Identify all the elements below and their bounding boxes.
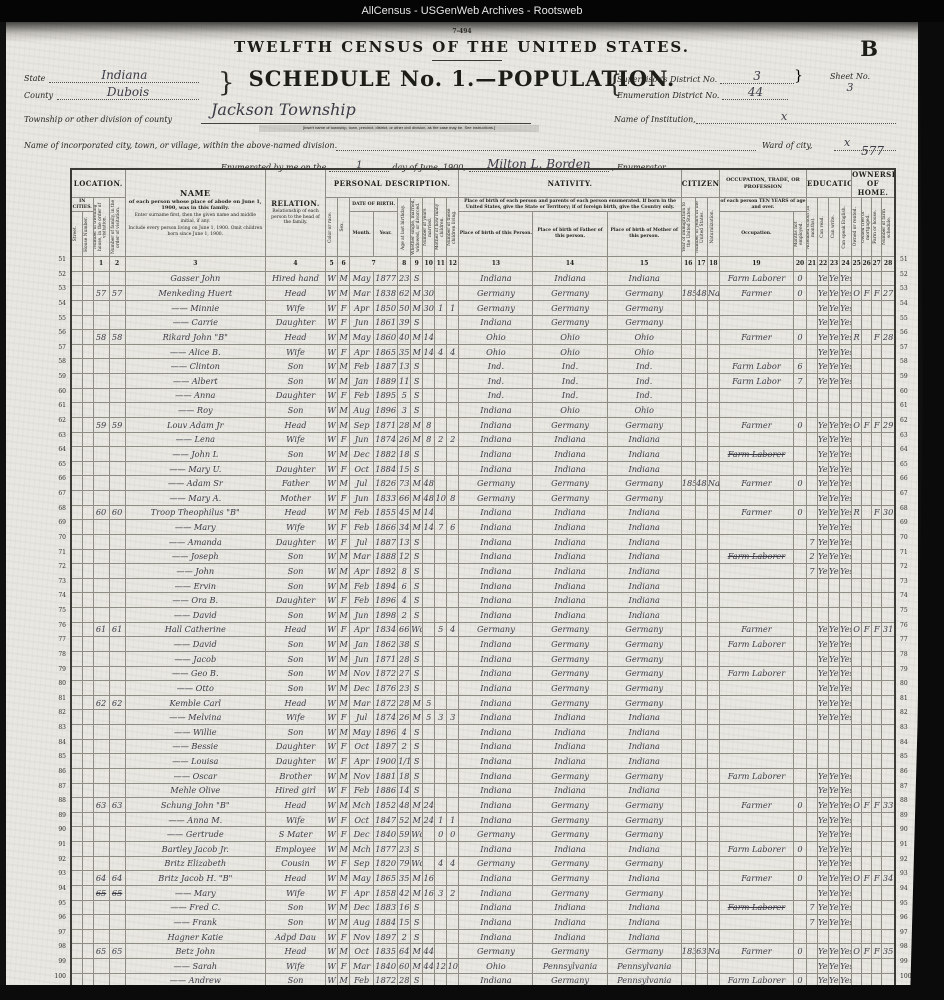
cell: Yes	[818, 783, 829, 798]
col-header-naturalization: Naturalization.	[707, 198, 719, 257]
col-num: 2	[109, 257, 125, 272]
col-num: 22	[818, 257, 829, 272]
cell	[818, 403, 829, 418]
cell: Kemble Carl	[125, 695, 265, 710]
table-row: Mehle OliveHired girlWFFeb188614SIndiana…	[71, 783, 895, 798]
cell	[447, 637, 459, 652]
cell	[681, 768, 695, 783]
line-number: 82	[52, 706, 66, 721]
cell: —— Anna M.	[125, 812, 265, 827]
cell	[719, 564, 793, 579]
cell	[447, 768, 459, 783]
cell	[681, 564, 695, 579]
cell: M	[411, 300, 423, 315]
cell: 2	[398, 929, 411, 944]
cell: Indiana	[459, 929, 533, 944]
cell	[707, 798, 719, 813]
cell	[71, 271, 82, 286]
col-header-children-living: Number of these children living.	[447, 198, 459, 257]
cell	[862, 476, 872, 491]
cell: Brother	[265, 768, 325, 783]
cell	[862, 447, 872, 462]
cell	[719, 681, 793, 696]
cell: Na	[707, 944, 719, 959]
cell: M	[411, 812, 423, 827]
cell	[93, 593, 109, 608]
cell: Ind.	[607, 359, 681, 374]
cell	[862, 403, 872, 418]
cell: Feb	[350, 578, 374, 593]
cell: W	[326, 564, 338, 579]
cell: Germany	[533, 944, 607, 959]
col-header-citizenship: CITIZENSHIP.	[681, 169, 719, 198]
cell	[719, 915, 793, 930]
cell: Son	[265, 666, 325, 681]
relation-sub: Relationship of each person to the head …	[266, 208, 325, 227]
cell: Apr	[350, 754, 374, 769]
cell: Indiana	[459, 637, 533, 652]
cell: 1847	[374, 812, 398, 827]
cell	[719, 403, 793, 418]
cell: 1866	[374, 520, 398, 535]
cell: Yes	[840, 374, 852, 389]
cell	[82, 359, 93, 374]
line-number: 100	[52, 970, 66, 985]
cell	[681, 754, 695, 769]
cell: Indiana	[607, 534, 681, 549]
cell: 7	[807, 915, 818, 930]
cell: Yes	[829, 842, 840, 857]
cell	[93, 739, 109, 754]
cell	[681, 578, 695, 593]
cell: 1883	[374, 900, 398, 915]
cell	[707, 608, 719, 623]
cell: Yes	[829, 417, 840, 432]
cell	[707, 695, 719, 710]
cell: 65	[109, 944, 125, 959]
cell	[82, 856, 93, 871]
cell: Yes	[818, 447, 829, 462]
line-number: 59	[52, 370, 66, 385]
cell	[695, 959, 707, 974]
cell: M	[411, 432, 423, 447]
township-label: Township or other division of county	[24, 115, 172, 124]
cell	[423, 374, 435, 389]
cell	[71, 959, 82, 974]
col-num: 14	[533, 257, 607, 272]
cell: 10	[435, 491, 447, 506]
cell: Indiana	[607, 871, 681, 886]
cell: Yes	[818, 637, 829, 652]
cell	[681, 491, 695, 506]
cell: 38	[398, 637, 411, 652]
cell: 28	[398, 651, 411, 666]
cell: Ohio	[459, 330, 533, 345]
cell: 1820	[374, 856, 398, 871]
cell	[82, 578, 93, 593]
cell	[807, 593, 818, 608]
cell: O	[852, 286, 862, 301]
cell: W	[326, 403, 338, 418]
cell: Yes	[818, 812, 829, 827]
cell: Yes	[818, 520, 829, 535]
cell: Son	[265, 403, 325, 418]
county-value: Dubois	[57, 85, 199, 100]
cell	[82, 915, 93, 930]
cell: W	[326, 856, 338, 871]
table-row: —— Fred C.SonWMDec188316SIndianaIndianaI…	[71, 900, 895, 915]
cell: 4	[435, 856, 447, 871]
line-number: 54	[52, 297, 66, 312]
cell: Head	[265, 286, 325, 301]
cell	[82, 564, 93, 579]
cell: Yes	[840, 622, 852, 637]
cell: W	[326, 374, 338, 389]
col-num: 6	[338, 257, 350, 272]
cell: 30	[423, 286, 435, 301]
cell: 40	[398, 330, 411, 345]
cell: 0	[794, 286, 807, 301]
cell	[882, 812, 895, 827]
cell	[882, 695, 895, 710]
cell: 1892	[374, 564, 398, 579]
cell: M	[338, 359, 350, 374]
cell: Yes	[840, 651, 852, 666]
cell	[82, 417, 93, 432]
cell	[82, 768, 93, 783]
table-row: —— SarahWifeWFMar184060M441210OhioPennsy…	[71, 959, 895, 974]
cell: 14	[423, 505, 435, 520]
cell: Yes	[829, 695, 840, 710]
cell: Germany	[533, 827, 607, 842]
cell	[109, 666, 125, 681]
cell	[794, 520, 807, 535]
cell: Indiana	[459, 593, 533, 608]
cell: Indiana	[533, 447, 607, 462]
cell: W	[326, 695, 338, 710]
cell: Son	[265, 900, 325, 915]
cell	[695, 929, 707, 944]
cell	[82, 447, 93, 462]
cell	[681, 622, 695, 637]
cell	[707, 739, 719, 754]
cell	[862, 637, 872, 652]
cell	[882, 432, 895, 447]
cell	[82, 725, 93, 740]
cell	[681, 417, 695, 432]
cell	[82, 330, 93, 345]
col-num: 13	[459, 257, 533, 272]
line-number: 86	[52, 765, 66, 780]
cell	[882, 593, 895, 608]
cell	[882, 856, 895, 871]
cell: Germany	[459, 491, 533, 506]
cell: Son	[265, 374, 325, 389]
cell	[447, 783, 459, 798]
cell: Father	[265, 476, 325, 491]
cell	[707, 827, 719, 842]
cell	[695, 505, 707, 520]
cell	[71, 944, 82, 959]
cell: Oct	[350, 812, 374, 827]
cell	[862, 710, 872, 725]
line-number: 86	[900, 765, 914, 780]
cell: S	[411, 754, 423, 769]
cell	[93, 768, 109, 783]
cell	[681, 374, 695, 389]
cell: 35	[398, 344, 411, 359]
cell	[794, 768, 807, 783]
cell	[423, 725, 435, 740]
cell: Yes	[840, 637, 852, 652]
cell: Indiana	[533, 842, 607, 857]
cell: M	[411, 476, 423, 491]
cell: S	[411, 549, 423, 564]
cell: Farmer	[719, 330, 793, 345]
cell	[93, 856, 109, 871]
cell	[882, 783, 895, 798]
line-number: 62	[900, 414, 914, 429]
cell: Germany	[533, 476, 607, 491]
cell: 64	[109, 871, 125, 886]
cell: Yes	[840, 564, 852, 579]
cell: Yes	[818, 710, 829, 725]
cell: Indiana	[533, 900, 607, 915]
cell: Indiana	[459, 710, 533, 725]
cell: W	[326, 812, 338, 827]
name-title: NAME	[126, 188, 265, 198]
cell: 8	[447, 491, 459, 506]
cell	[882, 476, 895, 491]
cell	[872, 681, 882, 696]
cell: F	[872, 286, 882, 301]
cell: Betz John	[125, 944, 265, 959]
cell: S	[411, 725, 423, 740]
cell	[109, 403, 125, 418]
cell	[109, 783, 125, 798]
cell	[109, 842, 125, 857]
cell: —— Ervin	[125, 578, 265, 593]
cell: Feb	[350, 505, 374, 520]
cell	[93, 461, 109, 476]
cell	[882, 900, 895, 915]
cell	[71, 871, 82, 886]
table-row: —— ErvinSonWMFeb18946SIndianaIndianaIndi…	[71, 578, 895, 593]
cell: Indiana	[459, 417, 533, 432]
cell: Indiana	[533, 505, 607, 520]
cell	[82, 812, 93, 827]
cell	[707, 403, 719, 418]
cell	[852, 593, 862, 608]
cell: Indiana	[607, 432, 681, 447]
cell	[423, 856, 435, 871]
cell: Ohio	[459, 344, 533, 359]
cell: W	[326, 549, 338, 564]
cell	[794, 403, 807, 418]
cell: 48	[398, 798, 411, 813]
table-row: —— MaryWifeWFFeb186634M1476IndianaIndian…	[71, 520, 895, 535]
cell: 61	[109, 622, 125, 637]
cell: —— Sarah	[125, 959, 265, 974]
cell: Germany	[533, 856, 607, 871]
cell: Farmer	[719, 622, 793, 637]
cell	[435, 798, 447, 813]
col-num: 15	[607, 257, 681, 272]
cell: Germany	[607, 666, 681, 681]
cell: M	[338, 403, 350, 418]
table-row: 6363Schung John "B"HeadWMMch185248M24Ind…	[71, 798, 895, 813]
col-header-sex: Sex.	[338, 198, 350, 257]
col-header-house-number: House Number.	[82, 212, 93, 257]
cell: Indiana	[459, 915, 533, 930]
cell: Louv Adam Jr	[125, 417, 265, 432]
cell	[852, 842, 862, 857]
cell: 1865	[374, 344, 398, 359]
cell: 1872	[374, 666, 398, 681]
col-header-mother-of: Mother of how many children.	[435, 198, 447, 257]
cell	[882, 578, 895, 593]
cell: M	[338, 695, 350, 710]
table-row: 5959Louv Adam JrHeadWMSep187128M8Indiana…	[71, 417, 895, 432]
cell	[93, 666, 109, 681]
cell: W	[326, 593, 338, 608]
cell	[447, 476, 459, 491]
cell: S	[411, 271, 423, 286]
col-header-in-cities: IN CITIES.	[71, 198, 93, 212]
cell: Yes	[818, 944, 829, 959]
cell: Son	[265, 637, 325, 652]
cell	[447, 651, 459, 666]
cell	[93, 564, 109, 579]
cell: Indiana	[607, 842, 681, 857]
cell: 64	[93, 871, 109, 886]
cell: M	[338, 768, 350, 783]
line-number: 82	[900, 706, 914, 721]
cell	[807, 374, 818, 389]
cell: Yes	[818, 900, 829, 915]
cell	[829, 608, 840, 623]
cell: Dec	[350, 827, 374, 842]
cell	[818, 739, 829, 754]
cell	[882, 725, 895, 740]
cell: Yes	[818, 549, 829, 564]
cell: Ohio	[459, 959, 533, 974]
cell: Yes	[829, 344, 840, 359]
cell: Germany	[459, 944, 533, 959]
cell	[882, 403, 895, 418]
cell: 15	[398, 915, 411, 930]
cell: 1888	[374, 549, 398, 564]
cell: Oct	[350, 461, 374, 476]
cell: Yes	[818, 827, 829, 842]
line-number: 63	[52, 429, 66, 444]
cell	[93, 388, 109, 403]
cell: 1877	[374, 842, 398, 857]
cell: Indiana	[533, 534, 607, 549]
cell: Yes	[840, 300, 852, 315]
cell	[852, 608, 862, 623]
cell: 26	[398, 710, 411, 725]
cell: Son	[265, 681, 325, 696]
line-number: 57	[900, 341, 914, 356]
cell: S	[411, 578, 423, 593]
cell	[862, 300, 872, 315]
cell	[435, 315, 447, 330]
cell	[882, 520, 895, 535]
cell: Yes	[829, 447, 840, 462]
cell	[435, 637, 447, 652]
cell: 1833	[374, 491, 398, 506]
cell	[681, 461, 695, 476]
cell	[695, 330, 707, 345]
cell: Son	[265, 651, 325, 666]
cell	[423, 768, 435, 783]
cell: Wd	[411, 622, 423, 637]
table-row: —— Mary A.MotherWFJun183366M48108Germany…	[71, 491, 895, 506]
cell: Farm Laborer	[719, 447, 793, 462]
cell: Wife	[265, 959, 325, 974]
cell: Yes	[840, 695, 852, 710]
cell: M	[338, 608, 350, 623]
table-row: 6565—— MaryWifeWFApr185842M1632IndianaGe…	[71, 885, 895, 900]
cell	[681, 915, 695, 930]
cell	[707, 549, 719, 564]
cell	[82, 286, 93, 301]
cell: M	[338, 842, 350, 857]
cell	[794, 549, 807, 564]
col-header-color: Color or race.	[326, 198, 338, 257]
line-number: 55	[900, 312, 914, 327]
line-number: 69	[900, 516, 914, 531]
cell	[82, 783, 93, 798]
cell	[807, 432, 818, 447]
cell	[862, 929, 872, 944]
cell: 1894	[374, 578, 398, 593]
cell: May	[350, 271, 374, 286]
cell	[109, 461, 125, 476]
cell: Yes	[829, 871, 840, 886]
cell: 0	[794, 417, 807, 432]
cell: 48	[423, 491, 435, 506]
cell	[695, 608, 707, 623]
cell: —— Joseph	[125, 549, 265, 564]
table-row: 6060Troop Theophilus "B"HeadWMFeb185545M…	[71, 505, 895, 520]
cell	[423, 651, 435, 666]
line-number: 71	[52, 546, 66, 561]
col-header-can-write: Can write.	[829, 198, 840, 257]
cell: Yes	[829, 315, 840, 330]
line-number: 52	[52, 268, 66, 283]
margin-mark: 577	[861, 144, 884, 158]
cell: 7	[807, 900, 818, 915]
cell	[852, 827, 862, 842]
cell: S	[411, 359, 423, 374]
cell: Indiana	[607, 754, 681, 769]
cell: 1852	[681, 286, 695, 301]
cell: Ind.	[607, 374, 681, 389]
cell: 2	[398, 608, 411, 623]
cell	[71, 315, 82, 330]
cell: Indiana	[533, 593, 607, 608]
cell: Mch	[350, 798, 374, 813]
cell	[93, 929, 109, 944]
cell	[447, 461, 459, 476]
cell: Wife	[265, 812, 325, 827]
line-number: 85	[900, 750, 914, 765]
cell	[681, 593, 695, 608]
cell: Yes	[840, 900, 852, 915]
cell: Yes	[829, 885, 840, 900]
